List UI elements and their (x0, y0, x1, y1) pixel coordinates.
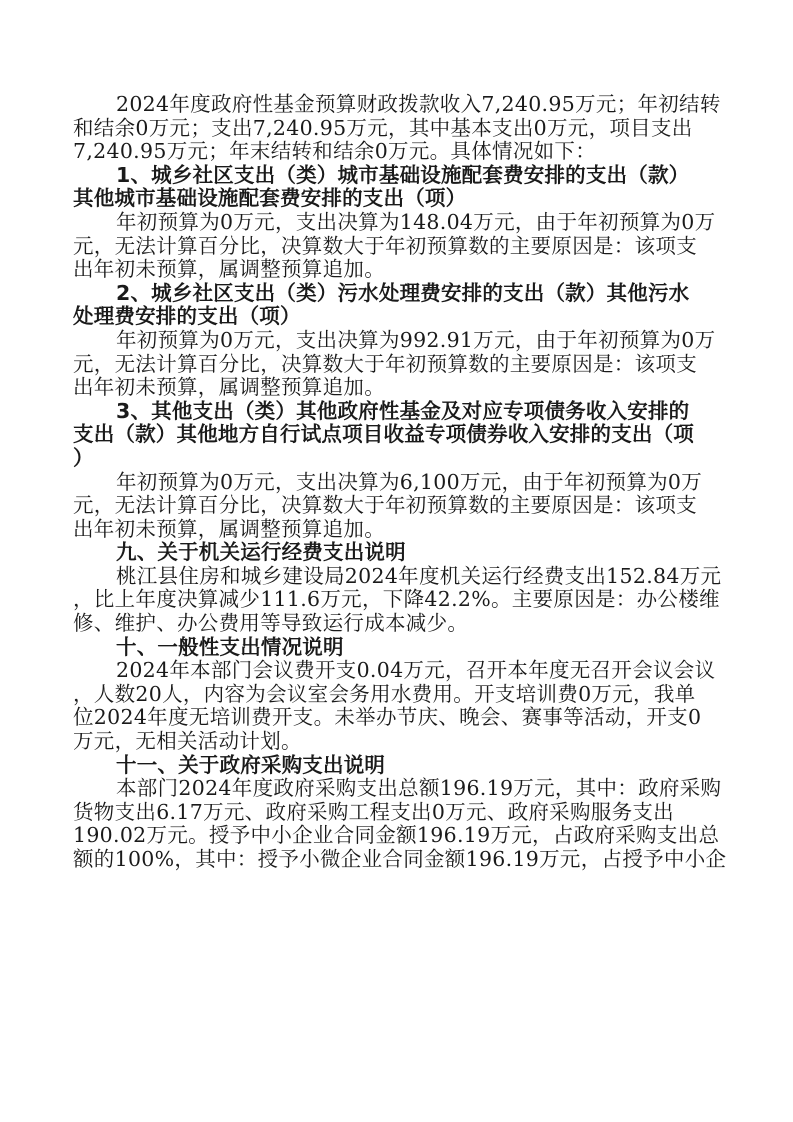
text-line: 出年初未预算，属调整预算追加。 (73, 518, 718, 542)
intro-paragraph: 2024年度政府性基金预算财政拨款收入7,240.95万元；年初结转 和结余0万… (73, 93, 718, 164)
text-line: 元，无法计算百分比，决算数大于年初预算数的主要原因是：该项支 (73, 235, 718, 259)
text-line: 7,240.95万元；年末结转和结余0万元。具体情况如下： (73, 140, 718, 164)
text-line: ，人数20人，内容为会议室会务用水费用。开支培训费0万元，我单 (73, 683, 718, 707)
item-heading: 处理费安排的支出（项） (73, 305, 718, 329)
item-heading: 3、其他支出（类）其他政府性基金及对应专项债务收入安排的 (73, 400, 718, 424)
text-line: 货物支出6.17万元、政府采购工程支出0万元、政府采购服务支出 (73, 801, 718, 825)
text-line: 和结余0万元；支出7,240.95万元，其中基本支出0万元，项目支出 (73, 117, 718, 141)
item-heading: 其他城市基础设施配套费安排的支出（项） (73, 187, 718, 211)
text-line: 190.02万元。授予中小企业合同金额196.19万元，占政府采购支出总 (73, 824, 718, 848)
document-page: 2024年度政府性基金预算财政拨款收入7,240.95万元；年初结转 和结余0万… (73, 93, 718, 872)
text-line: 年初预算为0万元，支出决算为148.04万元，由于年初预算为0万 (73, 211, 718, 235)
item-2: 2、城乡社区支出（类）污水处理费安排的支出（款）其他污水 处理费安排的支出（项）… (73, 282, 718, 400)
item-heading: ） (73, 447, 718, 471)
item-heading: 1、城乡社区支出（类）城市基础设施配套费安排的支出（款） (73, 164, 718, 188)
section-operating-expenses: 九、关于机关运行经费支出说明 桃江县住房和城乡建设局2024年度机关运行经费支出… (73, 541, 718, 635)
item-1: 1、城乡社区支出（类）城市基础设施配套费安排的支出（款） 其他城市基础设施配套费… (73, 164, 718, 282)
text-line: 万元，无相关活动计划。 (73, 730, 718, 754)
text-line: ，比上年度决算减少111.6万元，下降42.2%。主要原因是：办公楼维 (73, 588, 718, 612)
text-line: 2024年本部门会议费开支0.04万元，召开本年度无召开会议会议 (73, 659, 718, 683)
section-heading: 十、一般性支出情况说明 (73, 636, 718, 660)
text-line: 修、维护、办公费用等导致运行成本减少。 (73, 612, 718, 636)
section-heading: 九、关于机关运行经费支出说明 (73, 541, 718, 565)
text-line: 出年初未预算，属调整预算追加。 (73, 258, 718, 282)
text-line: 元，无法计算百分比，决算数大于年初预算数的主要原因是：该项支 (73, 353, 718, 377)
item-3: 3、其他支出（类）其他政府性基金及对应专项债务收入安排的 支出（款）其他地方自行… (73, 400, 718, 542)
text-line: 本部门2024年度政府采购支出总额196.19万元，其中：政府采购 (73, 777, 718, 801)
text-line: 年初预算为0万元，支出决算为992.91万元，由于年初预算为0万 (73, 329, 718, 353)
text-line: 2024年度政府性基金预算财政拨款收入7,240.95万元；年初结转 (73, 93, 718, 117)
item-heading: 2、城乡社区支出（类）污水处理费安排的支出（款）其他污水 (73, 282, 718, 306)
item-heading: 支出（款）其他地方自行试点项目收益专项债券收入安排的支出（项 (73, 423, 718, 447)
text-line: 年初预算为0万元，支出决算为6,100万元，由于年初预算为0万 (73, 471, 718, 495)
section-government-procurement: 十一、关于政府采购支出说明 本部门2024年度政府采购支出总额196.19万元，… (73, 754, 718, 872)
section-heading: 十一、关于政府采购支出说明 (73, 754, 718, 778)
text-line: 元，无法计算百分比，决算数大于年初预算数的主要原因是：该项支 (73, 494, 718, 518)
text-line: 桃江县住房和城乡建设局2024年度机关运行经费支出152.84万元 (73, 565, 718, 589)
text-line: 位2024年度无培训费开支。未举办节庆、晚会、赛事等活动，开支0 (73, 706, 718, 730)
text-line: 出年初未预算，属调整预算追加。 (73, 376, 718, 400)
text-line: 额的100%，其中：授予小微企业合同金额196.19万元，占授予中小企 (73, 848, 718, 872)
section-general-expenses: 十、一般性支出情况说明 2024年本部门会议费开支0.04万元，召开本年度无召开… (73, 636, 718, 754)
